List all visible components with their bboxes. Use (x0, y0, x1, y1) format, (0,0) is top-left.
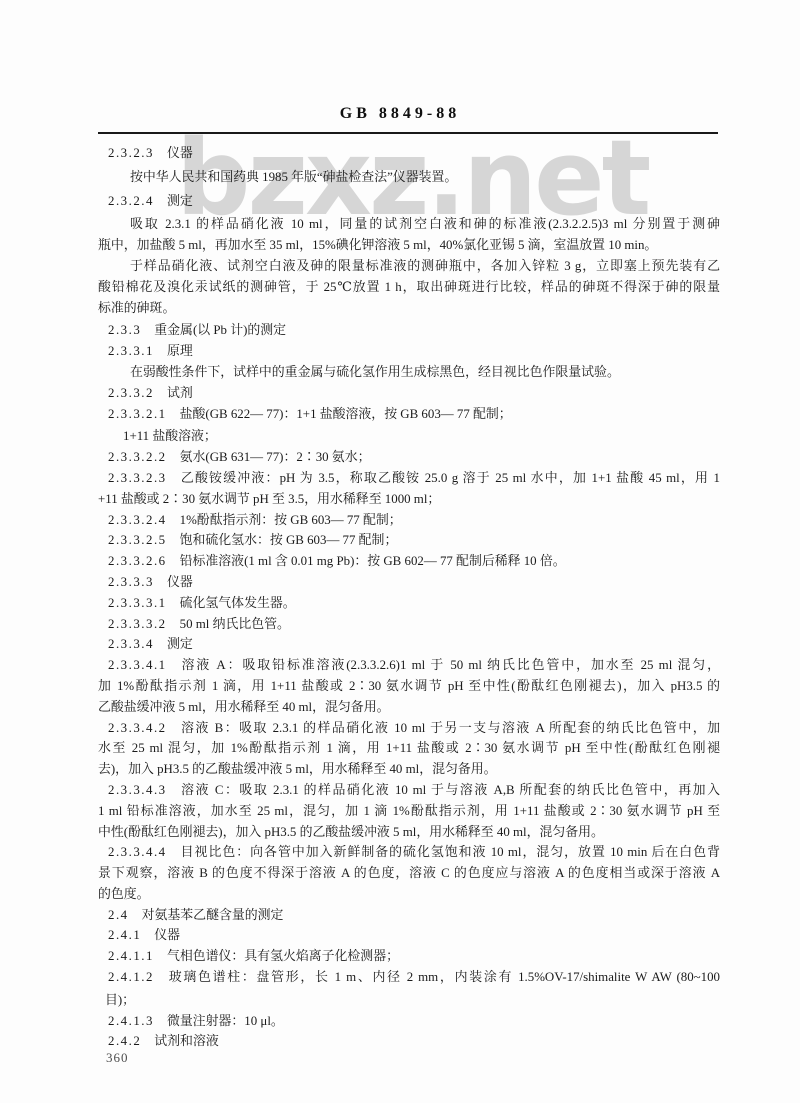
text-line: 2.3.3重金属(以 Pb 计)的测定 (98, 320, 720, 341)
clause-text: 玻璃色谱柱：盘管形，长 1 m、内径 2 mm，内装涂有 1.5%OV-17/s… (167, 970, 720, 984)
text-line: 2.3.3.2.3乙酸铵缓冲液：pH 为 3.5，称取乙酸铵 25.0 g 溶于… (98, 468, 720, 489)
text-line: 2.3.3.4.1溶液 A：吸取铅标准溶液(2.3.3.2.6)1 ml 于 5… (98, 655, 720, 676)
text-line: 在弱酸性条件下，试样中的重金属与硫化氢作用生成棕黑色，经目视比色作限量试验。 (98, 362, 720, 383)
clause-text: 于样品硝化液、试剂空白液及砷的限量标准液的测砷瓶中，各加入锌粒 3 g，立即塞上… (130, 259, 720, 273)
text-line: 2.3.3.3.1硫化氢气体发生器。 (98, 593, 720, 614)
text-line: 于样品硝化液、试剂空白液及砷的限量标准液的测砷瓶中，各加入锌粒 3 g，立即塞上… (98, 256, 720, 277)
clause-number: 2.3.3.4.1 (108, 658, 167, 672)
text-line: 酸铅棉花及溴化汞试纸的测砷管，于 25℃放置 1 h，取出砷斑进行比较，样品的砷… (98, 277, 720, 298)
text-line: 吸取 2.3.1 的样品硝化液 10 ml，同量的试剂空白液和砷的标准液(2.3… (98, 214, 720, 235)
clause-number: 2.3.3.2.5 (108, 533, 167, 547)
text-line: 2.4.1.1气相色谱仪：具有氢火焰离子化检测器； (98, 946, 720, 967)
text-line: 2.3.3.4测定 (98, 634, 720, 655)
clause-text: 测定 (167, 637, 193, 651)
text-line: 的色度。 (98, 884, 720, 905)
text-line: 标准的砷斑。 (98, 298, 720, 319)
clause-number: 2.3.3.3.2 (108, 617, 167, 631)
clause-text: 目)； (105, 993, 135, 1007)
clause-number: 2.3.3.3.1 (108, 596, 167, 610)
text-line: 2.3.3.2.2氨水(GB 631— 77)：2∶30 氨水； (98, 447, 720, 468)
clause-number: 2.3.3 (108, 323, 141, 337)
text-line: 乙酸盐缓冲液 5 ml，用水稀释至 40 ml，混匀备用。 (98, 697, 720, 718)
clause-text: 1%酚酞指示剂：按 GB 603— 77 配制； (180, 513, 402, 527)
text-line: 2.4对氨基苯乙醚含量的测定 (98, 905, 720, 926)
clause-text: 气相色谱仪：具有氢火焰离子化检测器； (167, 949, 399, 963)
text-line: 2.3.3.2.1盐酸(GB 622— 77)：1+1 盐酸溶液，按 GB 60… (98, 404, 720, 425)
clause-text: 溶液 B：吸取 2.3.1 的样品硝化液 10 ml 于另一支与溶液 A 所配套… (180, 721, 720, 735)
clause-text: 吸取 2.3.1 的样品硝化液 10 ml，同量的试剂空白液和砷的标准液(2.3… (130, 217, 720, 231)
document-body: 2.3.2.3仪器按中华人民共和国药典 1985 年版“砷盐检查法”仪器装置。2… (98, 143, 720, 1052)
clause-text: 饱和硫化氢水：按 GB 603— 77 配制； (180, 533, 398, 547)
clause-text: 1+11 盐酸溶液； (123, 429, 217, 443)
text-line: 加 1%酚酞指示剂 1 滴，用 1+11 盐酸或 2∶30 氨水调节 pH 至中… (98, 676, 720, 697)
clause-text: 水至 25 ml 混匀，加 1%酚酞指示剂 1 滴，用 1+11 盐酸或 2∶3… (98, 741, 720, 755)
clause-text: 目视比色：向各管中加入新鲜制备的硫化氢饱和液 10 ml，混匀，放置 10 mi… (180, 845, 720, 859)
clause-number: 2.3.3.3 (108, 575, 154, 589)
clause-text: 景下观察，溶液 B 的色度不得深于溶液 A 的色度，溶液 C 的色度应与溶液 A… (98, 866, 720, 880)
text-line: 2.3.3.4.2溶液 B：吸取 2.3.1 的样品硝化液 10 ml 于另一支… (98, 718, 720, 739)
clause-text: 中性(酚酞红色刚褪去)，加入 pH3.5 的乙酸盐缓冲液 5 ml，用水稀释至 … (98, 825, 604, 839)
text-line: +11 盐酸或 2∶30 氨水调节 pH 至 3.5，用水稀释至 1000 ml… (98, 489, 720, 510)
clause-text: 按中华人民共和国药典 1985 年版“砷盐检查法”仪器装置。 (130, 170, 457, 184)
document-page: bzxz.net GB 8849-88 2.3.2.3仪器按中华人民共和国药典 … (0, 0, 800, 1103)
clause-number: 2.3.3.2.3 (108, 471, 167, 485)
clause-number: 2.4.1 (108, 928, 141, 942)
header-rule (98, 132, 718, 134)
clause-text: 对氨基苯乙醚含量的测定 (142, 908, 284, 922)
clause-text: 盐酸(GB 622— 77)：1+1 盐酸溶液，按 GB 603— 77 配制； (180, 407, 512, 421)
clause-text: 微量注射器：10 μl。 (167, 1014, 284, 1028)
text-line: 2.3.3.4.4目视比色：向各管中加入新鲜制备的硫化氢饱和液 10 ml，混匀… (98, 842, 720, 863)
text-line: 2.4.1仪器 (98, 925, 720, 946)
text-line: 2.3.3.3.250 ml 纳氏比色管。 (98, 614, 720, 635)
clause-text: 的色度。 (98, 887, 150, 901)
clause-text: +11 盐酸或 2∶30 氨水调节 pH 至 3.5，用水稀释至 1000 ml… (98, 492, 440, 506)
clause-number: 2.3.3.4.4 (108, 845, 167, 859)
text-line: 中性(酚酞红色刚褪去)，加入 pH3.5 的乙酸盐缓冲液 5 ml，用水稀释至 … (98, 822, 720, 843)
clause-text: 仪器 (154, 928, 180, 942)
clause-number: 2.4.1.2 (108, 970, 154, 984)
clause-text: 硫化氢气体发生器。 (180, 596, 296, 610)
text-line: 去)，加入 pH3.5 的乙酸盐缓冲液 5 ml，用水稀释至 40 ml，混匀备… (98, 759, 720, 780)
clause-number: 2.3.3.1 (108, 344, 154, 358)
clause-number: 2.3.3.4.3 (108, 783, 167, 797)
text-line: 景下观察，溶液 B 的色度不得深于溶液 A 的色度，溶液 C 的色度应与溶液 A… (98, 863, 720, 884)
text-line: 2.3.3.2.41%酚酞指示剂：按 GB 603— 77 配制； (98, 510, 720, 531)
clause-number: 2.4.1.1 (108, 949, 154, 963)
clause-text: 溶液 C：吸取 2.3.1 的样品硝化液 10 ml 于与溶液 A,B 所配套的… (180, 783, 720, 797)
clause-text: 氨水(GB 631— 77)：2∶30 氨水； (180, 450, 371, 464)
clause-number: 2.3.3.2.2 (108, 450, 167, 464)
clause-text: 测定 (167, 194, 193, 208)
text-line: 2.3.3.2.5饱和硫化氢水：按 GB 603— 77 配制； (98, 530, 720, 551)
clause-text: 溶液 A：吸取铅标准溶液(2.3.3.2.6)1 ml 于 50 ml 纳氏比色… (180, 658, 720, 672)
clause-text: 标准的砷斑。 (98, 301, 175, 315)
text-line: 1+11 盐酸溶液； (98, 426, 720, 447)
text-line: 2.3.2.3仪器 (98, 143, 720, 164)
text-line: 1 ml 铅标准溶液，加水至 25 ml，混匀，加 1 滴 1%酚酞指示剂，用 … (98, 801, 720, 822)
clause-text: 在弱酸性条件下，试样中的重金属与硫化氢作用生成棕黑色，经目视比色作限量试验。 (130, 365, 620, 379)
text-line: 2.3.3.2.6铅标准溶液(1 ml 含 0.01 mg Pb)：按 GB 6… (98, 551, 720, 572)
text-line: 2.3.3.4.3溶液 C：吸取 2.3.1 的样品硝化液 10 ml 于与溶液… (98, 780, 720, 801)
text-line: 2.4.1.3微量注射器：10 μl。 (98, 1011, 720, 1032)
text-line: 2.3.2.4测定 (98, 191, 720, 212)
clause-text: 瓶中，加盐酸 5 ml，再加水至 35 ml，15%碘化钾溶液 5 ml，40%… (98, 238, 657, 252)
clause-text: 去)，加入 pH3.5 的乙酸盐缓冲液 5 ml，用水稀释至 40 ml，混匀备… (98, 762, 497, 776)
clause-number: 2.4.1.3 (108, 1014, 154, 1028)
clause-text: 试剂和溶液 (154, 1034, 218, 1048)
clause-text: 加 1%酚酞指示剂 1 滴，用 1+11 盐酸或 2∶30 氨水调节 pH 至中… (98, 679, 720, 693)
clause-number: 2.4.2 (108, 1034, 141, 1048)
clause-number: 2.3.3.2 (108, 386, 154, 400)
text-line: 2.4.1.2玻璃色谱柱：盘管形，长 1 m、内径 2 mm，内装涂有 1.5%… (98, 967, 720, 988)
clause-text: 仪器 (167, 146, 193, 160)
text-line: 2.4.2试剂和溶液 (98, 1031, 720, 1052)
clause-number: 2.3.3.4.2 (108, 721, 167, 735)
clause-text: 试剂 (167, 386, 193, 400)
clause-number: 2.3.3.2.4 (108, 513, 167, 527)
clause-text: 乙酸盐缓冲液 5 ml，用水稀释至 40 ml，混匀备用。 (98, 700, 389, 714)
standard-number: GB 8849-88 (0, 105, 800, 123)
clause-text: 50 ml 纳氏比色管。 (180, 617, 290, 631)
clause-text: 仪器 (167, 575, 193, 589)
text-line: 2.3.3.3仪器 (98, 572, 720, 593)
clause-text: 1 ml 铅标准溶液，加水至 25 ml，混匀，加 1 滴 1%酚酞指示剂，用 … (98, 804, 720, 818)
clause-number: 2.3.2.3 (108, 146, 154, 160)
clause-text: 重金属(以 Pb 计)的测定 (154, 323, 286, 337)
clause-number: 2.3.2.4 (108, 194, 154, 208)
text-line: 目)； (98, 990, 720, 1011)
page-number: 360 (106, 1050, 129, 1066)
text-line: 按中华人民共和国药典 1985 年版“砷盐检查法”仪器装置。 (98, 167, 720, 188)
clause-text: 铅标准溶液(1 ml 含 0.01 mg Pb)：按 GB 602— 77 配制… (180, 554, 566, 568)
clause-text: 原理 (167, 344, 193, 358)
clause-text: 酸铅棉花及溴化汞试纸的测砷管，于 25℃放置 1 h，取出砷斑进行比较，样品的砷… (98, 280, 720, 294)
clause-number: 2.3.3.2.1 (108, 407, 167, 421)
text-line: 2.3.3.1原理 (98, 341, 720, 362)
clause-text: 乙酸铵缓冲液：pH 为 3.5，称取乙酸铵 25.0 g 溶于 25 ml 水中… (180, 471, 720, 485)
text-line: 瓶中，加盐酸 5 ml，再加水至 35 ml，15%碘化钾溶液 5 ml，40%… (98, 235, 720, 256)
clause-number: 2.3.3.2.6 (108, 554, 167, 568)
clause-number: 2.3.3.4 (108, 637, 154, 651)
clause-number: 2.4 (108, 908, 129, 922)
text-line: 2.3.3.2试剂 (98, 383, 720, 404)
text-line: 水至 25 ml 混匀，加 1%酚酞指示剂 1 滴，用 1+11 盐酸或 2∶3… (98, 738, 720, 759)
